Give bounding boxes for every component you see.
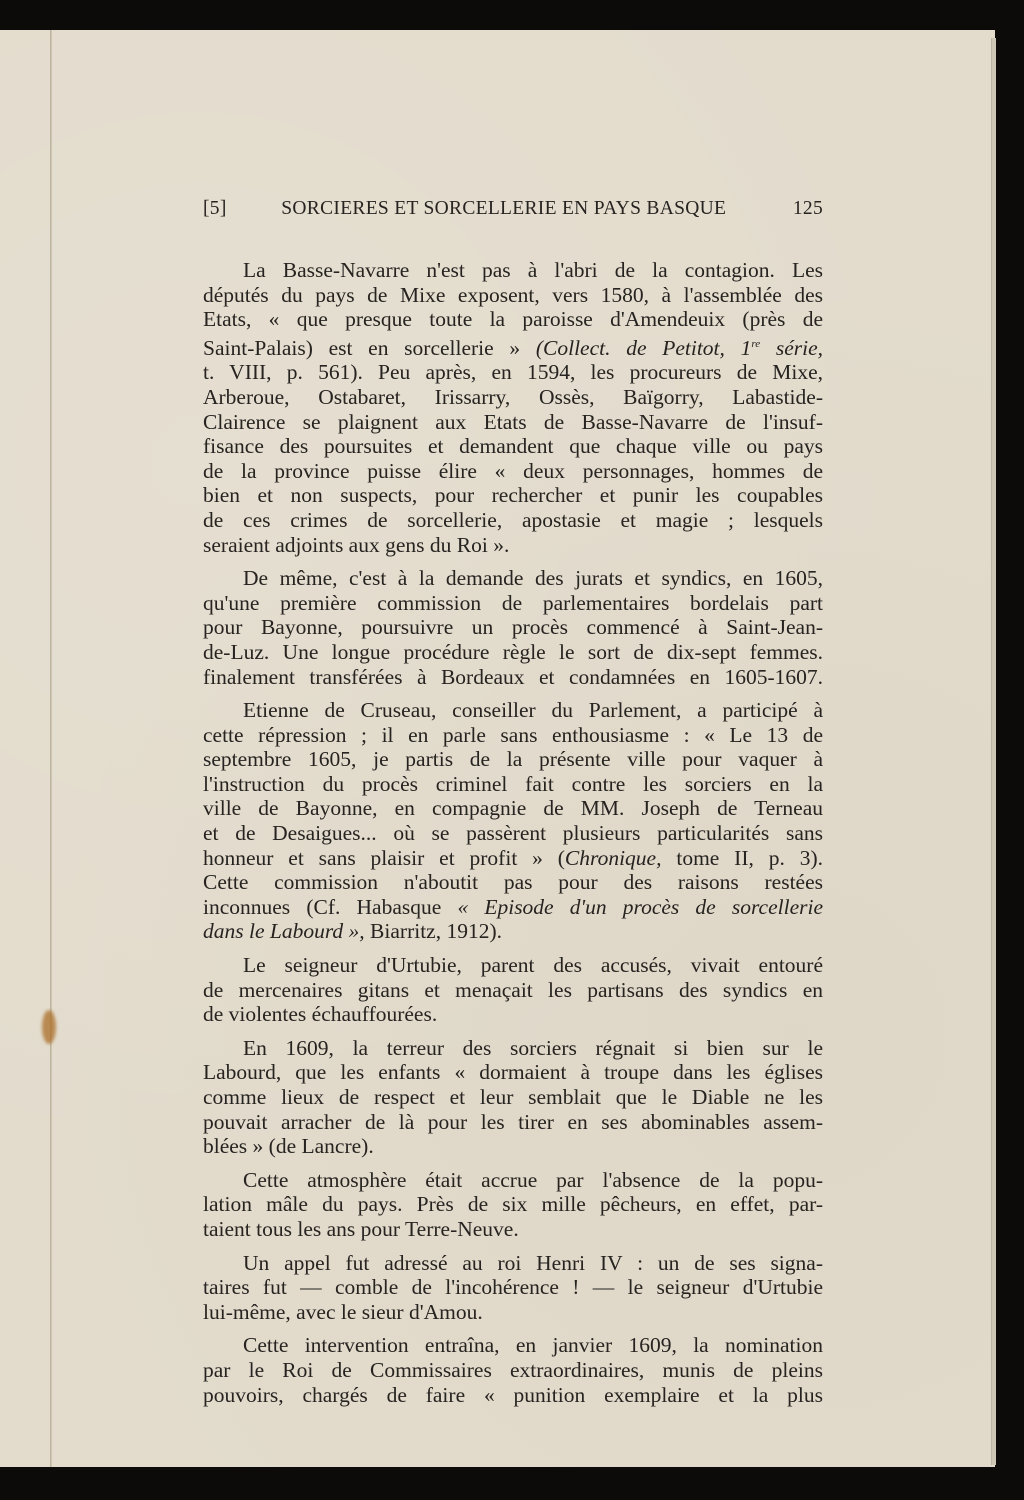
text-span: inconnues (Cf. Habasque <box>203 895 457 919</box>
text-line: Etats, « que presque toute la paroisse d… <box>203 307 823 332</box>
text-line: Le seigneur d'Urtubie, parent des accusé… <box>203 953 823 978</box>
citation-italic: Chronique, <box>565 846 662 870</box>
stain-mark <box>42 1010 56 1044</box>
text-line: bien et non suspects, pour rechercher et… <box>203 483 823 508</box>
text-line: par le Roi de Commissaires extraordinair… <box>203 1358 823 1383</box>
text-line: t. VIII, p. 561). Peu après, en 1594, le… <box>203 360 823 385</box>
text-line: cette répression ; il en parle sans enth… <box>203 723 823 748</box>
text-line: qu'une première commission de parlementa… <box>203 591 823 616</box>
text-line: Cette intervention entraîna, en janvier … <box>203 1333 823 1358</box>
text-line: de ces crimes de sorcellerie, apostasie … <box>203 508 823 533</box>
text-line: finalement transférées à Bordeaux et con… <box>203 665 823 690</box>
text-span: tome II, p. 3). <box>661 846 823 870</box>
text-line: Un appel fut adressé au roi Henri IV : u… <box>203 1251 823 1276</box>
paragraph: Cette intervention entraîna, en janvier … <box>203 1333 823 1407</box>
text-line: septembre 1605, je partis de la présente… <box>203 747 823 772</box>
page-text-block: [5] SORCIERES ET SORCELLERIE EN PAYS BAS… <box>203 198 823 1416</box>
text-line: lui-même, avec le sieur d'Amou. <box>203 1300 823 1325</box>
text-line: De même, c'est à la demande des jurats e… <box>203 566 823 591</box>
section-number: [5] <box>203 198 227 220</box>
text-line: Cette commission n'aboutit pas pour des … <box>203 870 823 895</box>
text-line: Labourd, que les enfants « dormaient à t… <box>203 1060 823 1085</box>
text-line: pouvoirs, chargés de faire « punition ex… <box>203 1383 823 1408</box>
text-line: de la province puisse élire « deux perso… <box>203 459 823 484</box>
paragraph: En 1609, la terreur des sorciers régnait… <box>203 1036 823 1159</box>
text-span: Saint-Palais) est en sorcellerie » <box>203 336 536 360</box>
text-span: honneur et sans plaisir et profit » ( <box>203 846 565 870</box>
text-line: fisance des poursuites et demandent que … <box>203 434 823 459</box>
text-line: blées » (de Lancre). <box>203 1134 823 1159</box>
text-line: Saint-Palais) est en sorcellerie » (Coll… <box>203 332 823 361</box>
text-line: Cette atmosphère était accrue par l'abse… <box>203 1168 823 1193</box>
text-line: inconnues (Cf. Habasque « Episode d'un p… <box>203 895 823 920</box>
text-line: La Basse-Navarre n'est pas à l'abri de l… <box>203 258 823 283</box>
text-line: l'instruction du procès criminel fait co… <box>203 772 823 797</box>
text-line: et de Desaigues... où se passèrent plusi… <box>203 821 823 846</box>
text-line: pouvait arracher de là pour les tirer en… <box>203 1110 823 1135</box>
text-line: Clairence se plaignent aux Etats de Bass… <box>203 410 823 435</box>
text-line: de violentes échauffourées. <box>203 1002 823 1027</box>
text-line: En 1609, la terreur des sorciers régnait… <box>203 1036 823 1061</box>
page-edge <box>991 38 996 1465</box>
paragraph: Le seigneur d'Urtubie, parent des accusé… <box>203 953 823 1027</box>
text-line: ville de Bayonne, en compagnie de MM. Jo… <box>203 796 823 821</box>
text-line: de-Luz. Une longue procédure règle le so… <box>203 640 823 665</box>
citation-italic: série, <box>760 336 823 360</box>
text-line: taires fut — comble de l'incohérence ! —… <box>203 1275 823 1300</box>
citation-italic: « Episode d'un procès de sorcellerie <box>457 895 823 919</box>
text-line: honneur et sans plaisir et profit » (Chr… <box>203 846 823 871</box>
paragraph: Etienne de Cruseau, conseiller du Parlem… <box>203 698 823 944</box>
citation-italic: (Collect. de Petitot, 1 <box>536 336 752 360</box>
paragraph: Cette atmosphère était accrue par l'abse… <box>203 1168 823 1242</box>
text-line: taient tous les ans pour Terre-Neuve. <box>203 1217 823 1242</box>
text-line: de mercenaires gitans et menaçait les pa… <box>203 978 823 1003</box>
text-line: comme lieux de respect et leur semblait … <box>203 1085 823 1110</box>
text-line: Etienne de Cruseau, conseiller du Parlem… <box>203 698 823 723</box>
text-line: députés du pays de Mixe exposent, vers 1… <box>203 283 823 308</box>
paragraph: La Basse-Navarre n'est pas à l'abri de l… <box>203 258 823 557</box>
running-header: [5] SORCIERES ET SORCELLERIE EN PAYS BAS… <box>203 198 823 228</box>
spine-fold <box>50 30 52 1467</box>
text-span: Biarritz, 1912). <box>365 919 502 943</box>
text-line: dans le Labourd », Biarritz, 1912). <box>203 919 823 944</box>
superscript: re <box>751 338 760 350</box>
text-line: pour Bayonne, poursuivre un procès comme… <box>203 615 823 640</box>
text-line: Arberoue, Ostabaret, Irissarry, Ossès, B… <box>203 385 823 410</box>
text-line: lation mâle du pays. Près de six mille p… <box>203 1192 823 1217</box>
text-line: seraient adjoints aux gens du Roi ». <box>203 533 823 558</box>
citation-italic: dans le Labourd », <box>203 919 365 943</box>
page-number: 125 <box>793 198 823 220</box>
paragraph: Un appel fut adressé au roi Henri IV : u… <box>203 1251 823 1325</box>
running-title: SORCIERES ET SORCELLERIE EN PAYS BASQUE <box>227 198 793 220</box>
paragraph: De même, c'est à la demande des jurats e… <box>203 566 823 689</box>
